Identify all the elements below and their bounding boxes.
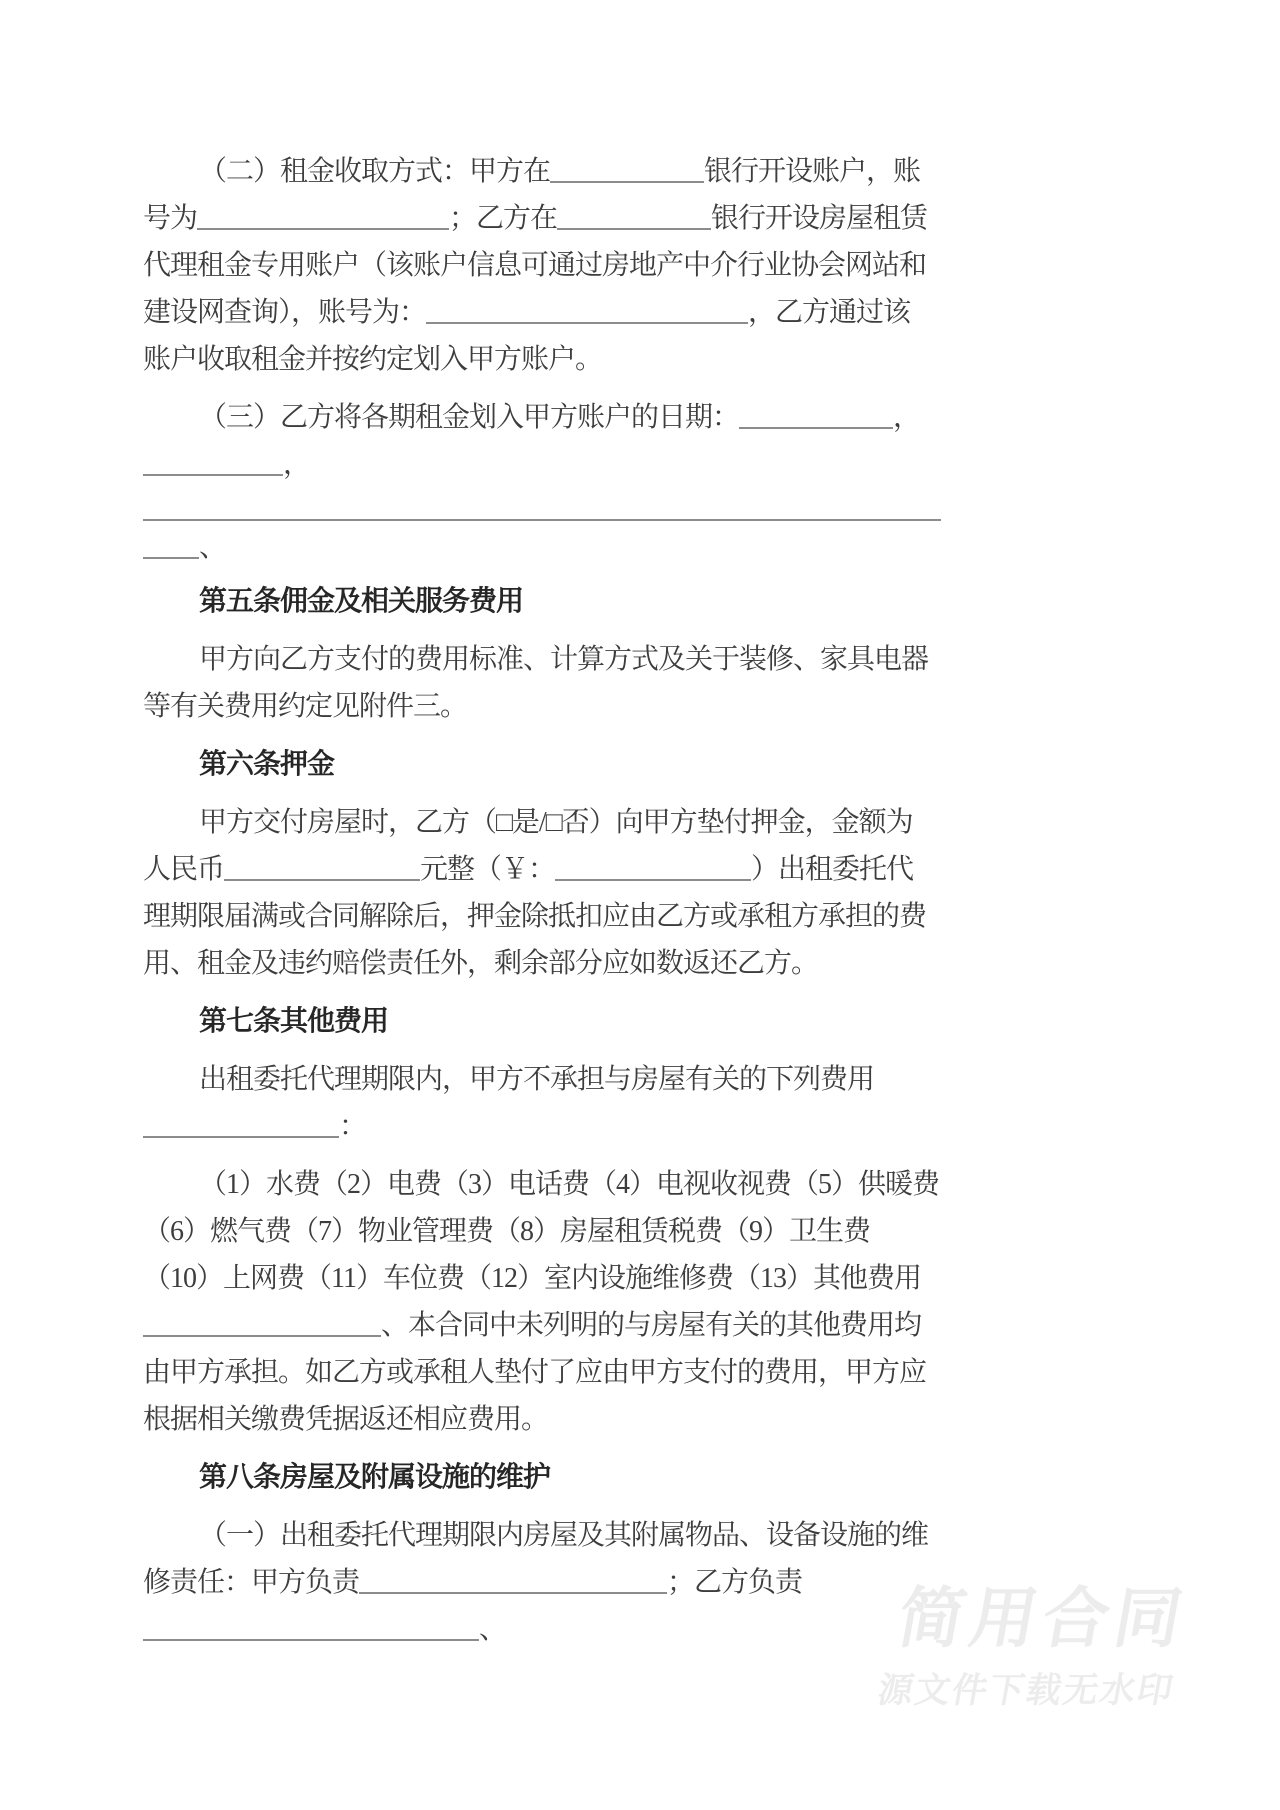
paragraph: 甲方交付房屋时，乙方（□是/□否）向甲方垫付押金，金额为人民币元整（￥：）出租委… (143, 799, 943, 987)
text-run: （10）上网费（11）车位费（12）室内设施维修费（13）其他费用 (143, 1263, 921, 1294)
blank-field (555, 856, 751, 882)
paragraph: （三）乙方将各期租金划入甲方账户的日期：，， (143, 394, 943, 488)
document-line: 用、租金及违约赔偿责任外，剩余部分应如数返还乙方。 (143, 940, 943, 987)
text-run: ）出租委托代 (751, 854, 913, 885)
text-run: 代理租金专用账户（该账户信息可通过房地产中介行业协会网站和 (143, 250, 926, 281)
text-run: （三）乙方将各期租金划入甲方账户的日期： (199, 402, 739, 433)
text-run: 元整（￥： (420, 854, 555, 885)
document-line: 修责任：甲方负责；乙方负责 (143, 1559, 943, 1606)
paragraph: （二）租金收取方式：甲方在银行开设账户，账号为；乙方在银行开设房屋租赁代理租金专… (143, 148, 943, 383)
text-run: （1）水费（2）电费（3）电话费（4）电视收视费（5）供暖费 (199, 1169, 939, 1200)
text-run: ， (283, 449, 310, 480)
document-line: 甲方交付房屋时，乙方（□是/□否）向甲方垫付押金，金额为 (143, 799, 943, 846)
text-run: ；乙方在 (449, 203, 557, 234)
blank-field (224, 856, 420, 882)
blank-field (359, 1569, 667, 1595)
document-line: （三）乙方将各期租金划入甲方账户的日期：， (143, 394, 943, 441)
document-line: 第六条押金 (143, 741, 943, 788)
document-line: 代理租金专用账户（该账户信息可通过房地产中介行业协会网站和 (143, 242, 943, 289)
text-run: 银行开设房屋租赁 (711, 203, 927, 234)
text-run: ： (339, 1111, 366, 1142)
blank-field (550, 158, 704, 184)
blank-field (143, 451, 283, 477)
section-heading: 第五条佣金及相关服务费用 (143, 578, 943, 625)
text-run: （二）租金收取方式：甲方在 (199, 156, 550, 187)
section-heading: 第六条押金 (143, 741, 943, 788)
document-line: （10）上网费（11）车位费（12）室内设施维修费（13）其他费用 (143, 1255, 943, 1302)
document-line: （一）出租委托代理期限内房屋及其附属物品、设备设施的维 (143, 1512, 943, 1559)
document-line: 建设网查询），账号为：，乙方通过该 (143, 289, 943, 336)
document-line: 理期限届满或合同解除后，押金除抵扣应由乙方或承租方承担的费 (143, 893, 943, 940)
text-run: 第八条房屋及附属设施的维护 (199, 1462, 550, 1493)
text-run: （一）出租委托代理期限内房屋及其附属物品、设备设施的维 (199, 1520, 928, 1551)
text-run: ；乙方负责 (667, 1567, 802, 1598)
blank-field (143, 496, 941, 522)
text-run: ， (893, 402, 920, 433)
document-line: 第七条其他费用 (143, 998, 943, 1045)
document-line: 、 (143, 1606, 943, 1653)
document-line: 人民币元整（￥：）出租委托代 (143, 846, 943, 893)
text-run: 人民币 (143, 854, 224, 885)
document-line: 由甲方承担。如乙方或承租人垫付了应由甲方支付的费用，甲方应 (143, 1349, 943, 1396)
document-line: ， (143, 441, 943, 488)
text-run: 账户收取租金并按约定划入甲方账户。 (143, 344, 602, 375)
document-line: 账户收取租金并按约定划入甲方账户。 (143, 336, 943, 383)
paragraph: （一）出租委托代理期限内房屋及其附属物品、设备设施的维修责任：甲方负责；乙方负责… (143, 1512, 943, 1653)
section-heading: 第七条其他费用 (143, 998, 943, 1045)
watermark-subtitle: 源文件下载无水印 (875, 1673, 1177, 1708)
document-line: ： (143, 1103, 943, 1150)
document-line: 、本合同中未列明的与房屋有关的其他费用均 (143, 1302, 943, 1349)
text-run: 第五条佣金及相关服务费用 (199, 586, 523, 617)
text-run: 第六条押金 (199, 749, 334, 780)
blank-field (143, 1616, 479, 1642)
blank-field (426, 299, 748, 325)
text-run: 由甲方承担。如乙方或承租人垫付了应由甲方支付的费用，甲方应 (143, 1357, 926, 1388)
document-line: 甲方向乙方支付的费用标准、计算方式及关于装修、家具电器 (143, 636, 943, 683)
text-run: 理期限届满或合同解除后，押金除抵扣应由乙方或承租方承担的费 (143, 901, 926, 932)
section-heading: 第八条房屋及附属设施的维护 (143, 1454, 943, 1501)
blank-field (739, 404, 893, 430)
text-run: 、 (199, 532, 226, 563)
blank-field (143, 1113, 339, 1139)
text-run: 等有关费用约定见附件三。 (143, 691, 467, 722)
document-line: 出租委托代理期限内，甲方不承担与房屋有关的下列费用 (143, 1056, 943, 1103)
document-line: 根据相关缴费凭据返还相应费用。 (143, 1396, 943, 1443)
document-page: （二）租金收取方式：甲方在银行开设账户，账号为；乙方在银行开设房屋租赁代理租金专… (0, 0, 1280, 1810)
document-line: 、 (143, 529, 943, 567)
blank-field (197, 205, 449, 231)
document-line: （1）水费（2）电费（3）电话费（4）电视收视费（5）供暖费 (143, 1161, 943, 1208)
watermark-title: 简用合同 (885, 1585, 1193, 1651)
text-run: 甲方交付房屋时，乙方（□是/□否）向甲方垫付押金，金额为 (199, 807, 913, 838)
text-run: 、本合同中未列明的与房屋有关的其他费用均 (381, 1310, 921, 1341)
paragraph: 、 (143, 491, 943, 567)
text-run: 银行开设账户，账 (704, 156, 920, 187)
text-run: 号为 (143, 203, 197, 234)
text-run: 建设网查询），账号为： (143, 297, 426, 328)
text-run: 修责任：甲方负责 (143, 1567, 359, 1598)
text-run: （6）燃气费（7）物业管理费（8）房屋租赁税费（9）卫生费 (143, 1216, 870, 1247)
paragraph: 出租委托代理期限内，甲方不承担与房屋有关的下列费用： (143, 1056, 943, 1150)
document-line: 号为；乙方在银行开设房屋租赁 (143, 195, 943, 242)
document-content: （二）租金收取方式：甲方在银行开设账户，账号为；乙方在银行开设房屋租赁代理租金专… (143, 148, 943, 1664)
document-line: 第五条佣金及相关服务费用 (143, 578, 943, 625)
document-line: （6）燃气费（7）物业管理费（8）房屋租赁税费（9）卫生费 (143, 1208, 943, 1255)
paragraph: （1）水费（2）电费（3）电话费（4）电视收视费（5）供暖费（6）燃气费（7）物… (143, 1161, 943, 1443)
document-line: 等有关费用约定见附件三。 (143, 683, 943, 730)
text-run: 甲方向乙方支付的费用标准、计算方式及关于装修、家具电器 (199, 644, 928, 675)
document-line: （二）租金收取方式：甲方在银行开设账户，账 (143, 148, 943, 195)
text-run: 、 (479, 1614, 506, 1645)
document-line: 第八条房屋及附属设施的维护 (143, 1454, 943, 1501)
watermark: 简用合同 源文件下载无水印 (875, 1585, 1193, 1708)
text-run: 根据相关缴费凭据返还相应费用。 (143, 1404, 548, 1435)
text-run: 第七条其他费用 (199, 1006, 388, 1037)
document-line (143, 491, 943, 529)
text-run: 出租委托代理期限内，甲方不承担与房屋有关的下列费用 (199, 1064, 874, 1095)
blank-field (557, 205, 711, 231)
text-run: ，乙方通过该 (748, 297, 910, 328)
blank-field (143, 534, 199, 560)
paragraph: 甲方向乙方支付的费用标准、计算方式及关于装修、家具电器等有关费用约定见附件三。 (143, 636, 943, 730)
text-run: 用、租金及违约赔偿责任外，剩余部分应如数返还乙方。 (143, 948, 818, 979)
blank-field (143, 1312, 381, 1338)
